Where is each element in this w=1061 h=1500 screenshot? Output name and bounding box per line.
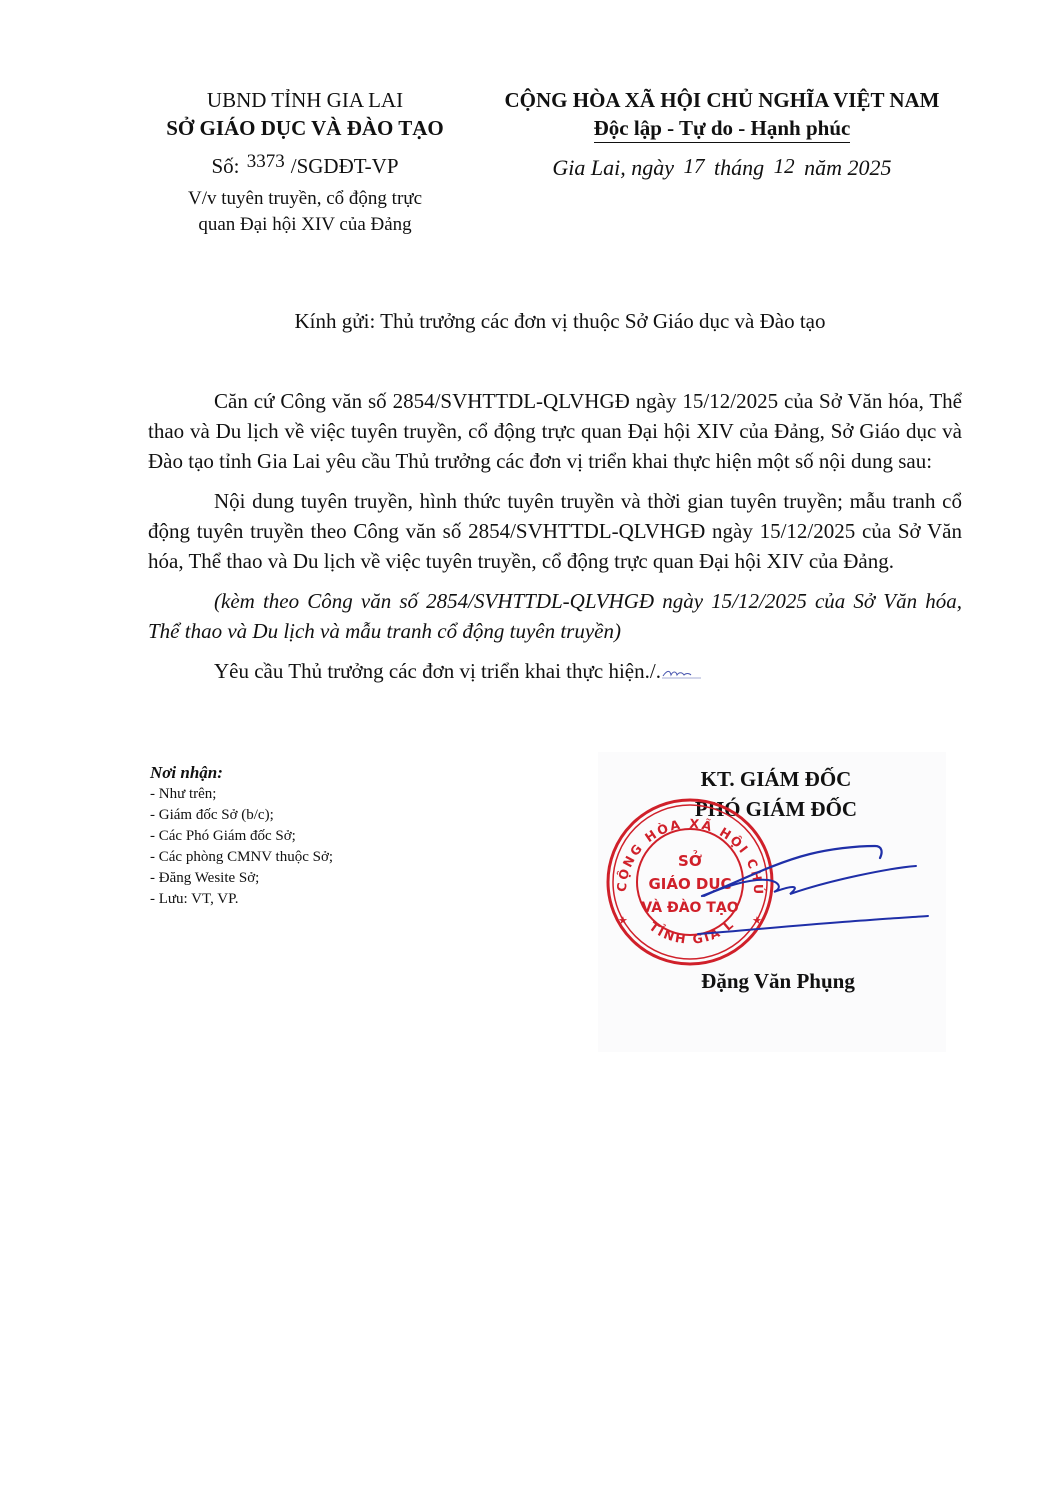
- addressee-line: Kính gửi: Thủ trưởng các đơn vị thuộc Sở…: [150, 306, 970, 336]
- handwritten-signature-icon: [690, 836, 940, 946]
- initial-signature-icon: [661, 666, 703, 680]
- subject-line-2: quan Đại hội XIV của Đảng: [130, 212, 480, 238]
- nation-name: CỘNG HÒA XÃ HỘI CHỦ NGHĨA VIỆT NAM: [472, 86, 972, 114]
- signer-name: Đặng Văn Phụng: [598, 966, 946, 996]
- recipients-title: Nơi nhận:: [150, 762, 470, 784]
- organization-name: SỞ GIÁO DỤC VÀ ĐÀO TẠO: [166, 114, 444, 142]
- parent-organization: UBND TỈNH GIA LAI: [130, 86, 480, 114]
- place-and-date: Gia Lai, ngày 17 tháng 12 năm 2025: [472, 153, 972, 183]
- recipient-item: - Đăng Wesite Sở;: [150, 868, 470, 889]
- body-paragraph-2: Nội dung tuyên truyền, hình thức tuyên t…: [148, 486, 962, 576]
- number-value: 3373: [247, 151, 285, 172]
- document-body: Căn cứ Công văn số 2854/SVHTTDL-QLVHGĐ n…: [148, 386, 962, 696]
- recipient-item: - Giám đốc Sở (b/c);: [150, 805, 470, 826]
- document-number: Số: 3373/SGDĐT-VP: [130, 151, 480, 183]
- recipient-item: - Lưu: VT, VP.: [150, 889, 470, 910]
- date-place: Gia Lai, ngày: [552, 155, 674, 180]
- recipient-item: - Như trên;: [150, 784, 470, 805]
- svg-text:★: ★: [618, 915, 628, 927]
- number-prefix: Số:: [211, 154, 239, 178]
- date-month-label: tháng: [714, 155, 764, 180]
- body-paragraph-3: (kèm theo Công văn số 2854/SVHTTDL-QLVHG…: [148, 586, 962, 646]
- document-subject: V/v tuyên truyền, cổ động trực quan Đại …: [130, 186, 480, 238]
- recipient-item: - Các phòng CMNV thuộc Sở;: [150, 847, 470, 868]
- date-year: năm 2025: [804, 155, 891, 180]
- body-paragraph-1: Căn cứ Công văn số 2854/SVHTTDL-QLVHGĐ n…: [148, 386, 962, 476]
- number-suffix: /SGDĐT-VP: [291, 154, 399, 178]
- subject-line-1: V/v tuyên truyền, cổ động trực: [130, 186, 480, 212]
- closing-request: Yêu cầu Thủ trưởng các đơn vị triển khai…: [214, 659, 661, 683]
- national-header: CỘNG HÒA XÃ HỘI CHỦ NGHĨA VIỆT NAM Độc l…: [472, 86, 972, 143]
- body-paragraph-4: Yêu cầu Thủ trưởng các đơn vị triển khai…: [148, 656, 962, 686]
- issuing-authority: UBND TỈNH GIA LAI SỞ GIÁO DỤC VÀ ĐÀO TẠO: [130, 86, 480, 142]
- date-month: 12: [774, 154, 795, 178]
- national-motto: Độc lập - Tự do - Hạnh phúc: [594, 114, 851, 143]
- signer-title-line-1: KT. GIÁM ĐỐC: [598, 764, 946, 794]
- date-day: 17: [684, 154, 705, 178]
- recipients-list: Nơi nhận: - Như trên; - Giám đốc Sở (b/c…: [150, 762, 470, 910]
- recipient-item: - Các Phó Giám đốc Sở;: [150, 826, 470, 847]
